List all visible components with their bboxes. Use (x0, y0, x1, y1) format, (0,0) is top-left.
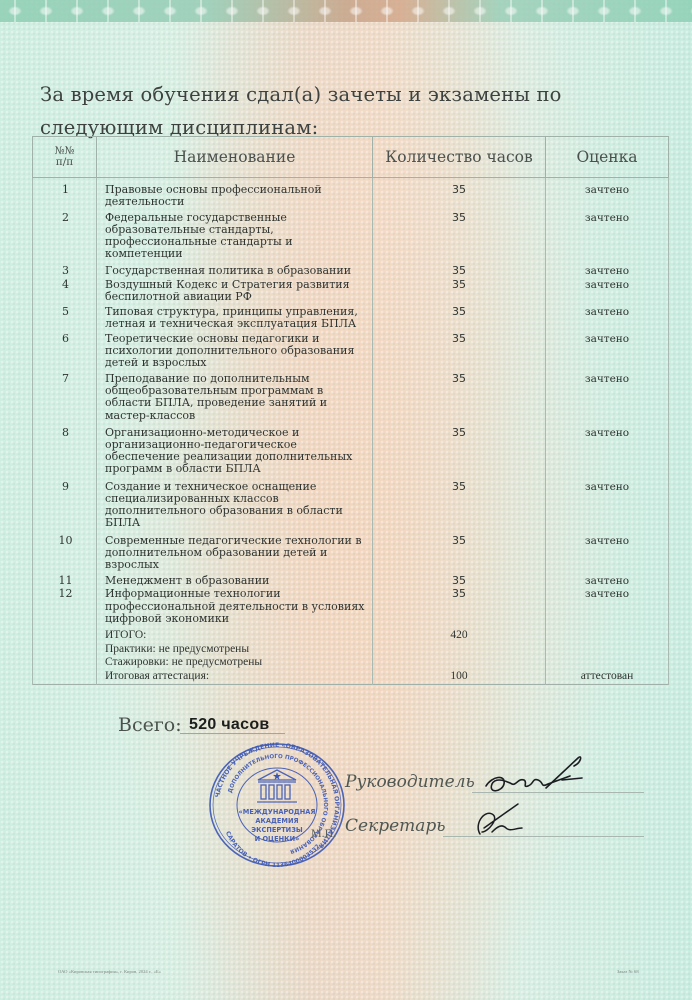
empty-cell (33, 684, 97, 685)
row-number: 1 (33, 178, 97, 212)
hours-value: 35 (373, 178, 546, 212)
seal-center-line: ЭКСПЕРТИЗЫ (251, 826, 303, 834)
row-number: 4 (33, 279, 97, 306)
hours-value: 35 (373, 265, 546, 278)
row-number (33, 643, 97, 657)
discipline-name: Воздушный Кодекс и Стратегия развития бе… (97, 279, 373, 306)
printer-info: ОАО «Кировская типография», г. Киров, 20… (58, 969, 161, 974)
discipline-name: Современные педагогические технологии в … (97, 535, 373, 575)
seal-place-mark: М.П. (311, 826, 336, 841)
summary-row: Итоговая аттестация:100аттестован (33, 670, 669, 684)
table-row: 11Менеджмент в образовании35зачтено (33, 575, 669, 588)
discipline-name: Государственная политика в образовании (97, 265, 373, 278)
grade-value: зачтено (546, 265, 669, 278)
grade-value: аттестован (546, 670, 669, 684)
secretary-signature (470, 798, 540, 842)
discipline-name: Создание и техническое оснащение специал… (97, 481, 373, 535)
star-icon (273, 772, 281, 780)
summary-label: Стажировки: не предусмотрены (97, 656, 373, 670)
discipline-name: Менеджмент в образовании (97, 575, 373, 588)
hours-value: 35 (373, 279, 546, 306)
row-number: 7 (33, 373, 97, 427)
row-number: 3 (33, 265, 97, 278)
table-row: 8Организационно-методическое и организац… (33, 427, 669, 481)
discipline-name: Теоретические основы педагогики и психол… (97, 333, 373, 373)
table-row: 3Государственная политика в образовании3… (33, 265, 669, 278)
guilloche-pattern (0, 0, 692, 22)
summary-label: Итоговая аттестация: (97, 670, 373, 684)
row-number: 11 (33, 575, 97, 588)
empty-cell (97, 684, 373, 685)
grade-value: зачтено (546, 427, 669, 481)
discipline-name: Правовые основы профессиональной деятель… (97, 178, 373, 212)
discipline-name: Федеральные государственные образователь… (97, 212, 373, 266)
grade-value: зачтено (546, 178, 669, 212)
empty-cell (373, 684, 546, 685)
hours-value: 35 (373, 373, 546, 427)
hours-value (373, 656, 546, 670)
grade-value: зачтено (546, 588, 669, 628)
table-filler-row (33, 684, 669, 685)
organization-seal: ЧАСТНОЕ УЧРЕЖДЕНИЕ «ОБРАЗОВАТЕЛЬНАЯ ОРГА… (206, 742, 348, 868)
header-hours: Количество часов (373, 137, 546, 178)
hours-value: 35 (373, 575, 546, 588)
grade-value: зачтено (546, 306, 669, 333)
grade-value: зачтено (546, 333, 669, 373)
hours-value: 420 (373, 629, 546, 643)
summary-label: Практики: не предусмотрены (97, 643, 373, 657)
total-label: Всего: (118, 714, 182, 736)
header-name: Наименование (97, 137, 373, 178)
row-number: 2 (33, 212, 97, 266)
hours-value (373, 643, 546, 657)
row-number: 9 (33, 481, 97, 535)
hours-value: 35 (373, 212, 546, 266)
table-body: 1Правовые основы профессиональной деятел… (33, 178, 669, 685)
hours-value: 35 (373, 481, 546, 535)
summary-label: ИТОГО: (97, 629, 373, 643)
grade-value: зачтено (546, 373, 669, 427)
table-row: 12Информационные технологии профессионал… (33, 588, 669, 628)
row-number: 5 (33, 306, 97, 333)
grade-value (546, 643, 669, 657)
hours-value: 35 (373, 588, 546, 628)
secretary-signature-label: Секретарь (345, 816, 446, 836)
head-signature-label: Руководитель (345, 772, 475, 792)
seal-center-line: И ОЦЕНКИ» (255, 835, 300, 843)
summary-row: Практики: не предусмотрены (33, 643, 669, 657)
discipline-name: Информационные технологии профессиональн… (97, 588, 373, 628)
hours-value: 35 (373, 306, 546, 333)
table-row: 10Современные педагогические технологии … (33, 535, 669, 575)
grade-value (546, 629, 669, 643)
table-row: 7Преподавание по дополнительным общеобра… (33, 373, 669, 427)
hours-value: 100 (373, 670, 546, 684)
guilloche-border (0, 0, 692, 22)
row-number: 10 (33, 535, 97, 575)
row-number: 8 (33, 427, 97, 481)
row-number (33, 629, 97, 643)
grade-value: зачтено (546, 481, 669, 535)
hours-value: 35 (373, 535, 546, 575)
seal-center-line: «МЕЖДУНАРОДНАЯ (239, 808, 316, 816)
grade-value: зачтено (546, 535, 669, 575)
head-signature (478, 754, 588, 804)
summary-row: Стажировки: не предусмотрены (33, 656, 669, 670)
hours-value: 35 (373, 333, 546, 373)
discipline-name: Организационно-методическое и организаци… (97, 427, 373, 481)
table-row: 9Создание и техническое оснащение специа… (33, 481, 669, 535)
table-row: 6Теоретические основы педагогики и психо… (33, 333, 669, 373)
table-row: 1Правовые основы профессиональной деятел… (33, 178, 669, 212)
disciplines-table: №№п/п Наименование Количество часов Оцен… (32, 136, 669, 685)
order-number: Заказ № 68 (617, 969, 639, 974)
summary-row: ИТОГО:420 (33, 629, 669, 643)
seal-center-line: АКАДЕМИЯ (255, 817, 298, 825)
row-number: 12 (33, 588, 97, 628)
table-row: 4Воздушный Кодекс и Стратегия развития б… (33, 279, 669, 306)
row-number (33, 656, 97, 670)
grade-value: зачтено (546, 212, 669, 266)
row-number: 6 (33, 333, 97, 373)
discipline-name: Типовая структура, принципы управления, … (97, 306, 373, 333)
header-grade: Оценка (546, 137, 669, 178)
row-number (33, 670, 97, 684)
grade-value: зачтено (546, 575, 669, 588)
total-value: 520 часов (189, 716, 270, 734)
grade-value: зачтено (546, 279, 669, 306)
grade-value (546, 656, 669, 670)
table-header-row: №№п/п Наименование Количество часов Оцен… (33, 137, 669, 178)
table-row: 5Типовая структура, принципы управления,… (33, 306, 669, 333)
empty-cell (546, 684, 669, 685)
page-heading: За время обучения сдал(а) зачеты и экзам… (40, 78, 670, 144)
header-number: №№п/п (33, 137, 97, 178)
table-row: 2Федеральные государственные образовател… (33, 212, 669, 266)
hours-value: 35 (373, 427, 546, 481)
discipline-name: Преподавание по дополнительным общеобраз… (97, 373, 373, 427)
